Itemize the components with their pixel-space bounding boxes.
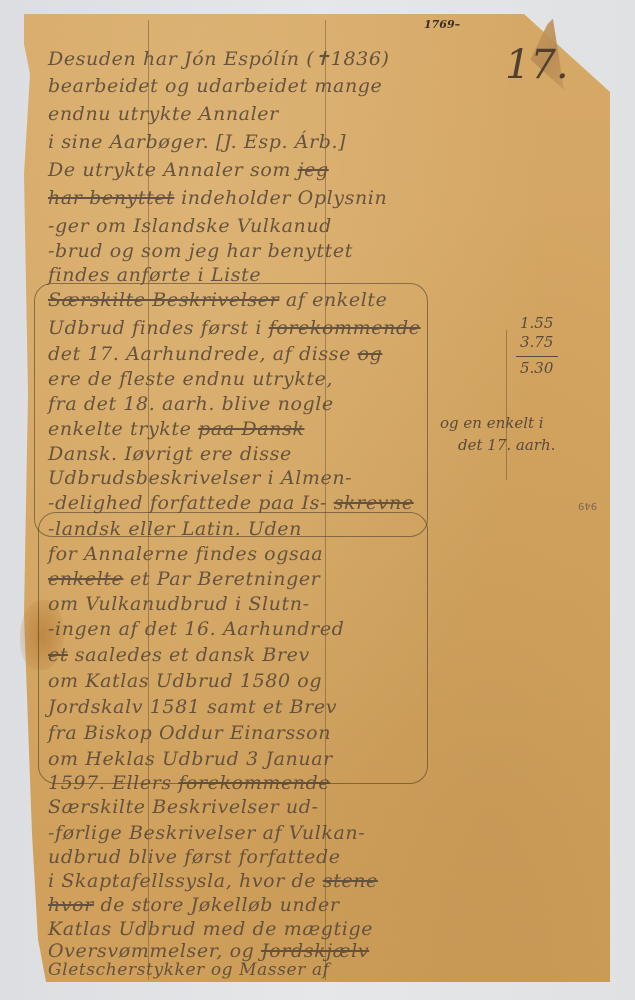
margin-note: og en enkelt i det 17. aarh. (440, 412, 555, 456)
manuscript-line: -ingen af det 16. Aarhundred (48, 618, 344, 640)
manuscript-line: om Heklas Udbrud 3 Januar (48, 748, 333, 770)
manuscript-line: har benyttet indeholder Oplysnin (48, 187, 387, 209)
manuscript-line: ere de fleste endnu utrykte, (48, 368, 333, 390)
sum-value: 3.75 (520, 333, 558, 352)
manuscript-line: findes anførte i Liste (48, 264, 261, 286)
struck-text: har benyttet (48, 187, 174, 209)
manuscript-line: -landsk eller Latin. Uden (48, 518, 302, 540)
struck-text: jeg (298, 159, 329, 181)
manuscript-line: enkelte trykte paa Dansk (48, 418, 304, 440)
manuscript-line: -delighed forfattede paa Is- skrevne (48, 492, 414, 514)
struck-text: skrevne (334, 492, 414, 514)
manuscript-line: Desuden har Jón Espólín (✝1836) (48, 48, 390, 70)
manuscript-line: fra Biskop Oddur Einarsson (48, 722, 331, 744)
manuscript-line: hvor de store Jøkelløb under (48, 894, 340, 916)
manuscript-line: et saaledes et dansk Brev (48, 644, 310, 666)
scan-background: 1769– 17. Desuden har Jón Espólín (✝1836… (0, 0, 635, 1000)
manuscript-line: Oversvømmelser, og Jordskjælv (48, 940, 369, 962)
manuscript-line: i Skaptafellssysla, hvor de stene (48, 870, 378, 892)
struck-text: paa Dansk (198, 418, 304, 440)
struck-text: et (48, 644, 68, 666)
struck-text: stene (323, 870, 378, 892)
manuscript-line: Særskilte Beskrivelser af enkelte (48, 289, 388, 311)
manuscript-line: 1597. Ellers forekommende (48, 772, 330, 794)
manuscript-line: for Annalerne findes ogsaa (48, 543, 323, 565)
manuscript-line: fra det 18. aarh. blive nogle (48, 393, 334, 415)
manuscript-line: udbrud blive først forfattede (48, 846, 341, 868)
manuscript-line: De utrykte Annaler som jeg (48, 159, 329, 181)
column-rule-right (506, 330, 507, 480)
manuscript-line: Jordskalv 1581 samt et Brev (48, 696, 337, 718)
manuscript-line: om Katlas Udbrud 1580 og (48, 670, 322, 692)
manuscript-line: -ger om Islandske Vulkanud (48, 215, 332, 237)
sum-rule (516, 356, 558, 357)
manuscript-line: -førlige Beskrivelser af Vulkan- (48, 822, 365, 844)
struck-text: Særskilte Beskrivelser (48, 289, 279, 311)
manuscript-line: -brud og som jeg har benyttet (48, 240, 353, 262)
margin-sum: 1.55 3.75 5.30 (520, 314, 558, 378)
catalog-number: 949 (578, 500, 597, 511)
page-number: 17. (505, 42, 569, 88)
sum-total: 5.30 (520, 359, 558, 378)
manuscript-line: om Vulkanudbrud i Slutn- (48, 593, 310, 615)
struck-text: Jordskjælv (261, 940, 369, 962)
manuscript-line: i sine Aarbøger. [J. Esp. Árb.] (48, 131, 346, 153)
manuscript-line: det 17. Aarhundrede, af disse og (48, 343, 382, 365)
top-year-annotation: 1769– (424, 18, 460, 31)
sum-value: 1.55 (520, 314, 558, 333)
struck-text: enkelte (48, 568, 123, 590)
manuscript-line: Udbrudsbeskrivelser i Almen- (48, 467, 352, 489)
manuscript-line: Særskilte Beskrivelser ud- (48, 796, 319, 818)
struck-text: forekommende (269, 317, 421, 339)
struck-text: og (358, 343, 383, 365)
manuscript-line: Gletscherstykker og Masser af (48, 960, 330, 980)
manuscript-line: enkelte et Par Beretninger (48, 568, 320, 590)
struck-text: hvor (48, 894, 94, 916)
manuscript-line: bearbeidet og udarbeidet mange (48, 75, 382, 97)
manuscript-line: Katlas Udbrud med de mægtige (48, 918, 373, 940)
struck-text: forekommende (178, 772, 330, 794)
manuscript-line: endnu utrykte Annaler (48, 103, 279, 125)
manuscript-line: Udbrud findes først i forekommende (48, 317, 421, 339)
manuscript-line: Dansk. Iøvrigt ere disse (48, 443, 292, 465)
